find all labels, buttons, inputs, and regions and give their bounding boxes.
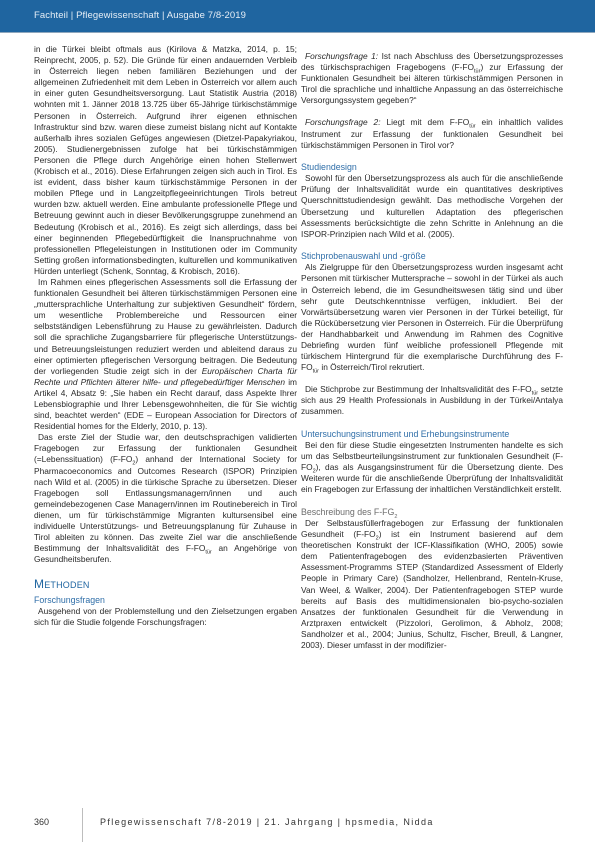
paragraph-assessment: Im Rahmen eines pflegerischen Assessment…: [34, 277, 297, 432]
page-footer: 360 Pflegewissenschaft 7/8-2019 | 21. Ja…: [0, 812, 595, 842]
journal-line: Pflegewissenschaft 7/8-2019 | 21. Jahrga…: [100, 817, 434, 827]
section-title-initial: M: [34, 577, 44, 591]
subhead-instrument: Untersuchungsinstrument und Erhebungsins…: [301, 429, 563, 441]
instrument-text-b: ), das als Ausgangsinstrument für die Üb…: [301, 462, 563, 494]
subhead-studiendesign: Studiendesign: [301, 162, 563, 174]
subhead-stichprobe: Stichprobenauswahl und -größe: [301, 251, 563, 263]
paragraph-beschreibung: Der Selbstausfüllerfragebogen zur Erfass…: [301, 518, 563, 651]
stichprobe2-text-a: Die Stichprobe zur Bestimmung der Inhalt…: [305, 384, 532, 394]
paragraph-instrument: Bei den für diese Studie eingesetzten In…: [301, 440, 563, 495]
paragraph-background: in die Türkei bleibt oftmals aus (Kirilo…: [34, 44, 297, 277]
page-number: 360: [34, 817, 49, 827]
paragraph-studiendesign: Sowohl für den Übersetzungsprozess als a…: [301, 173, 563, 240]
rq2-text-a: Liegt mit dem F-FO: [381, 117, 470, 127]
rq1-label: Forschungsfrage 1:: [305, 51, 378, 61]
subhead-beschreibung: Beschreibung des F-FG2: [301, 507, 563, 519]
ffo-sub: tür: [205, 550, 211, 556]
footer-divider: [82, 808, 83, 842]
paragraph-stichprobe-validity: Die Stichprobe zur Bestimmung der Inhalt…: [301, 384, 563, 417]
assessment-text: Im Rahmen eines pflegerischen Assessment…: [34, 277, 297, 376]
left-column: in die Türkei bleibt oftmals aus (Kirilo…: [34, 44, 297, 628]
paragraph-forschungsfragen: Ausgehend von der Problemstellung und de…: [34, 606, 297, 628]
subhead-forschungsfragen: Forschungsfragen: [34, 595, 297, 607]
research-question-1: Forschungsfrage 1: Ist nach Abschluss de…: [301, 51, 563, 106]
research-question-2: Forschungsfrage 2: Liegt mit dem F-FOtür…: [301, 117, 563, 150]
paragraph-goals: Das erste Ziel der Studie war, den deuts…: [34, 432, 297, 565]
beschreibung-text-b: ) ist ein Instrument basierend auf dem t…: [301, 529, 563, 650]
goals-rest: ) anhand der International Society for P…: [34, 454, 297, 553]
section-title-rest: ETHODEN: [44, 580, 89, 590]
running-header-bar: Fachteil | Pflegewissenschaft | Ausgabe …: [0, 0, 595, 33]
section-title-methoden: METHODEN: [34, 579, 297, 591]
paragraph-stichprobe: Als Zielgruppe für den Übersetzungsproze…: [301, 262, 563, 373]
stichprobe-text-a: Als Zielgruppe für den Übersetzungsproze…: [301, 262, 563, 372]
ffo-label: F-FO: [186, 543, 205, 553]
rq2-label: Forschungsfrage 2:: [305, 117, 381, 127]
beschreibung-label: Beschreibung des F-FG: [301, 507, 394, 517]
stichprobe-text-b: in Österreich/Tirol rekrutiert.: [319, 362, 424, 372]
running-title: Fachteil | Pflegewissenschaft | Ausgabe …: [34, 10, 246, 21]
right-column: Forschungsfrage 1: Ist nach Abschluss de…: [301, 51, 563, 651]
